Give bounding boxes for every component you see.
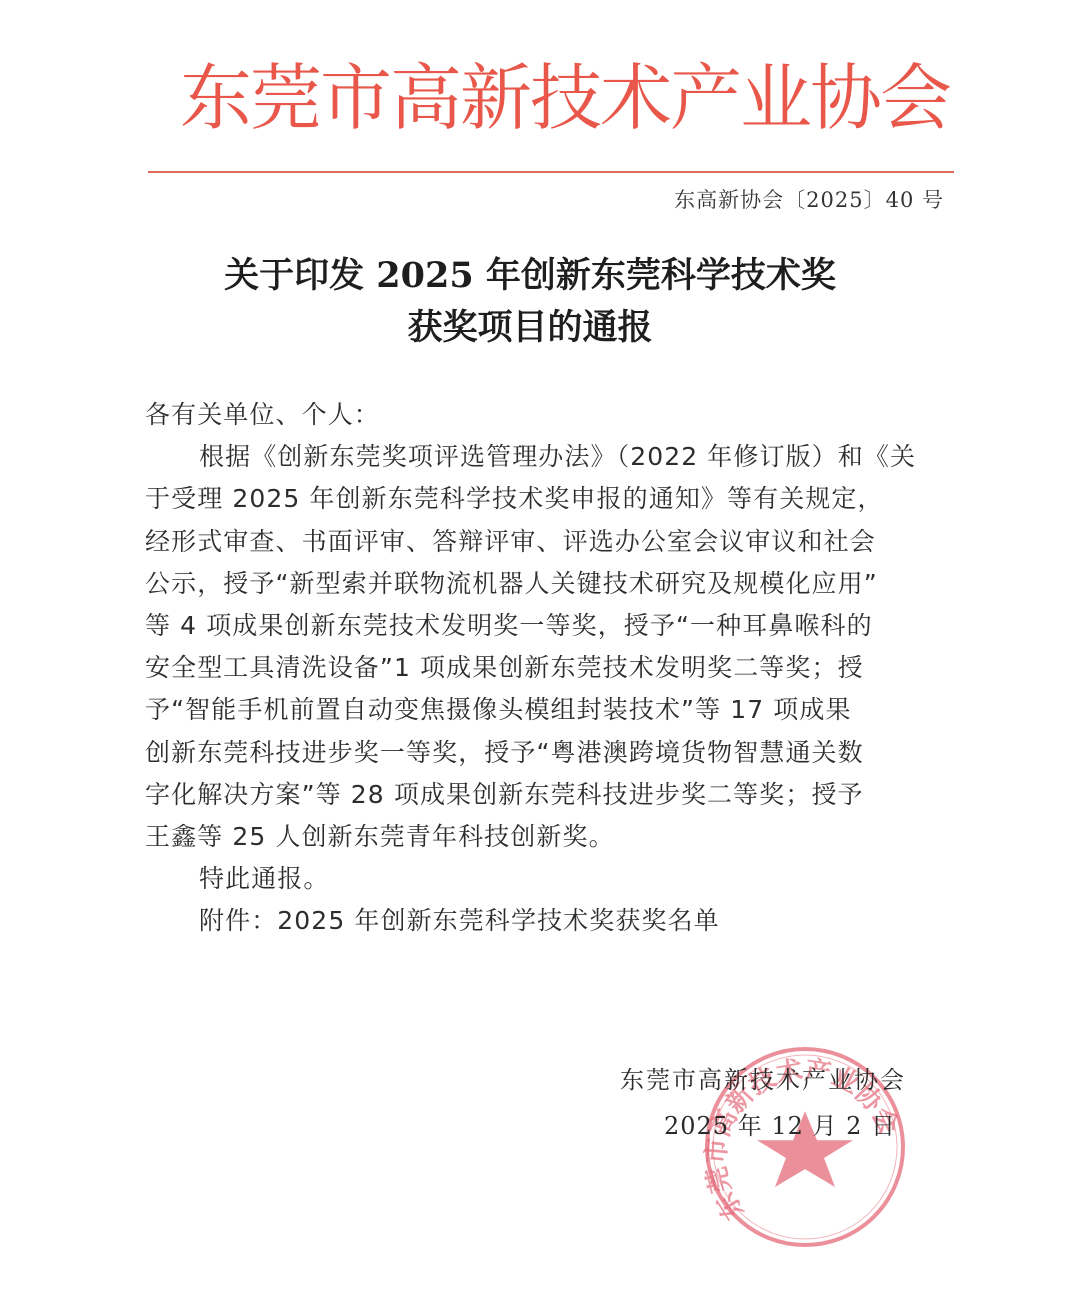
document-title-line2: 获奖项目的通报 [0, 300, 1070, 350]
masthead-organization: 东莞市高新技术产业协会 [180, 48, 950, 148]
paragraph-line: 王鑫等 25 人创新东莞青年科技创新奖。 [145, 816, 955, 858]
attachment-link: 附件：2025 年创新东莞科学技术奖获奖名单 [145, 900, 955, 942]
closing-text: 特此通报。 [145, 858, 955, 900]
salutation: 各有关单位、个人： [145, 394, 955, 436]
document-number: 东高新协会〔2025〕40 号 [674, 184, 944, 214]
document-title-line1: 关于印发 2025 年创新东莞科学技术奖 [0, 248, 1070, 298]
signature-date: 2025 年 12 月 2 日 [664, 1106, 896, 1141]
document-body: 各有关单位、个人： 根据《创新东莞奖项评选管理办法》（2022 年修订版）和《关… [145, 394, 955, 943]
paragraph-line: 等 4 项成果创新东莞技术发明奖一等奖，授予“一种耳鼻喉科的 [145, 605, 955, 647]
paragraph-line: 经形式审查、书面评审、答辩评审、评选办公室会议审议和社会 [145, 521, 955, 563]
signature-organization: 东莞市高新技术产业协会 [620, 1060, 906, 1095]
paragraph-line: 根据《创新东莞奖项评选管理办法》（2022 年修订版）和《关 [145, 436, 955, 478]
paragraph-line: 公示，授予“新型索并联物流机器人关键技术研究及规模化应用” [145, 563, 955, 605]
red-divider [148, 171, 954, 173]
paragraph-line: 予“智能手机前置自动变焦摄像头模组封装技术”等 17 项成果 [145, 689, 955, 731]
paragraph-line: 安全型工具清洗设备”1 项成果创新东莞技术发明奖二等奖；授 [145, 647, 955, 689]
paragraph-line: 字化解决方案”等 28 项成果创新东莞科技进步奖二等奖；授予 [145, 774, 955, 816]
paragraph-line: 于受理 2025 年创新东莞科学技术奖申报的通知》等有关规定， [145, 478, 955, 520]
paragraph-line: 创新东莞科技进步奖一等奖，授予“粤港澳跨境货物智慧通关数 [145, 732, 955, 774]
